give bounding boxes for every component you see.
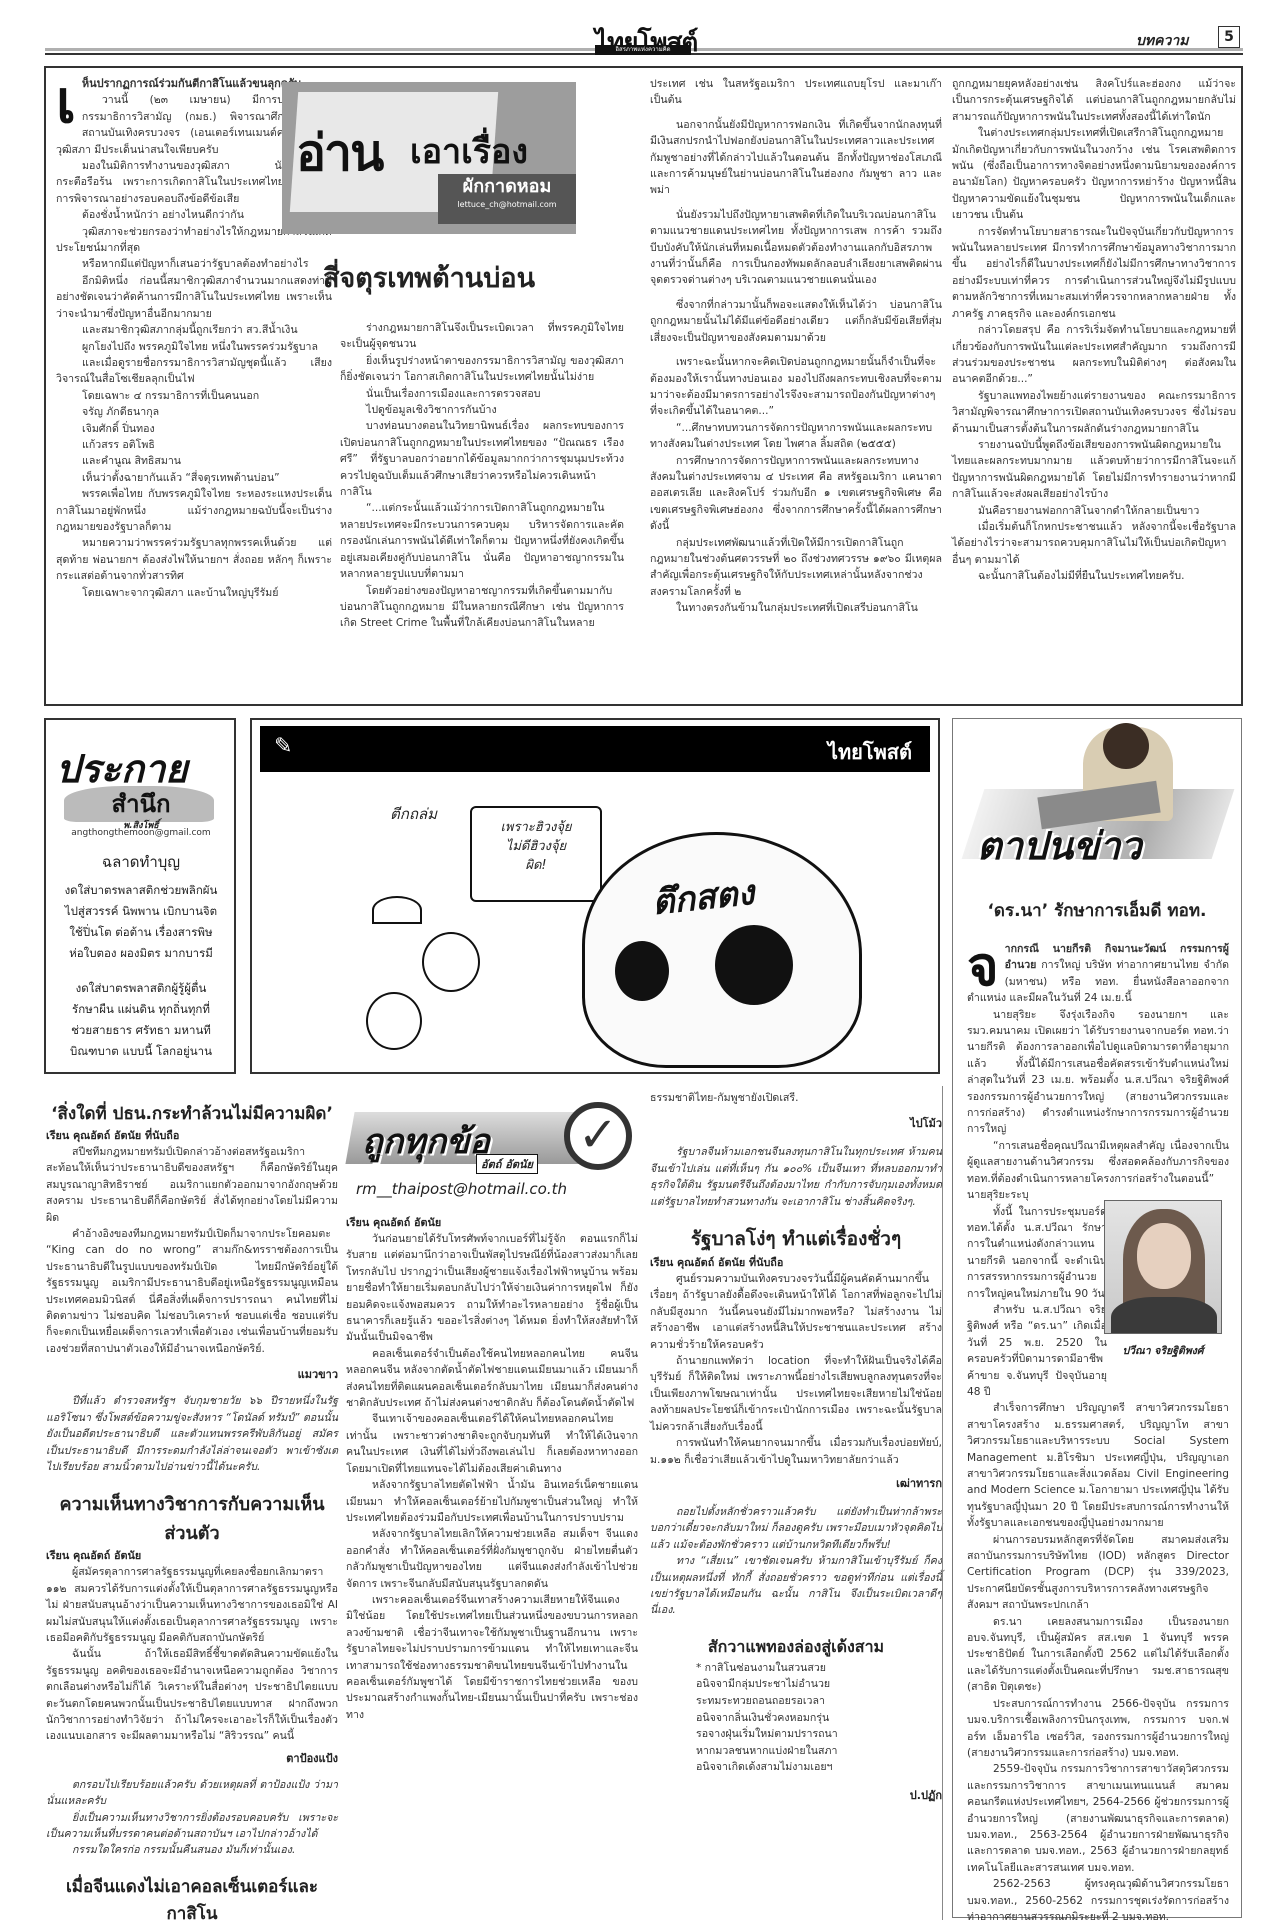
editor-reply: ถอยไปตั้งหลักชั่วคราวแล้วครับ แต่ยังทำเป… [650, 1504, 942, 1553]
skull-eye [715, 925, 793, 1005]
paragraph: ประเทศ เช่น ในสหรัฐอเมริกา ประเทศแถบยุโร… [650, 76, 942, 109]
skull-eye [615, 941, 669, 1001]
letter-signature: ตาป้องแป้ง [46, 1749, 338, 1767]
paragraph: โดยเฉพาะ ๔ กรรมาธิการที่เป็นคนนอก [56, 388, 332, 404]
paragraph: ในทางตรงกันข้ามในกลุ่มประเทศที่เปิดเสรีบ… [650, 600, 942, 616]
letter-paragraph: ถ้านายกแพทัดว่า location ที่จะทำให้ฝันเป… [650, 1353, 942, 1435]
letter-paragraph: คอลเซ็นเตอร์จำเป็นต้องใช้คนไทยหลอกคนไทย … [346, 1346, 638, 1412]
letter-salutation: เรียน คุณอัตถ์ อัตนัย ที่นับถือ [650, 1254, 942, 1271]
poem-line: ระทมระทวยถอนถอยรอเวลา [696, 1693, 942, 1710]
paragraph: เพราะฉะนั้นหากจะคิดเปิดบ่อนถูกกฎหมายนั้น… [650, 354, 942, 420]
letter-salutation: เรียน คุณอัตถ์ อัตนัย ที่นับถือ [46, 1127, 338, 1144]
letter-signature: แมวขาว [46, 1365, 338, 1383]
reader-head [1103, 723, 1149, 769]
editor-reply: ทาง “เสี่ยเน” เขาชัดเจนครับ ห้ามกาสิโนเข… [650, 1553, 942, 1619]
paragraph: รัฐบาลแพทองไพยย้างแต่รายงานของ คณะกรรมาธ… [952, 388, 1236, 437]
paragraph: สำเร็จการศึกษา ปริญญาตรี สาขาวิศวกรรมโยธ… [967, 1400, 1229, 1531]
editor-reply: ยิ่งเป็นความเห็นทางวิชาการยิ่งต้องรอบคอบ… [46, 1810, 338, 1843]
letter-title: รัฐบาลโง่ๆ ทำแต่เรื่องชั่วๆ [650, 1224, 942, 1254]
paragraph: ยิ่งเห็นรูปร่างหน้าตาของกรรมาธิการวิสามั… [340, 353, 624, 386]
poem-line: งดใส่บาตรพลาสติกช่วยพลิกผัน [46, 880, 236, 901]
letters-column-logo: ถูกทุกข้อ ✓ อัตถ์ อัตนัย [346, 1098, 636, 1176]
paragraph: นั่นเป็นเรื่องการเมืองและการตรวจสอบ [340, 386, 624, 402]
paragraph: นั่นยังรวมไปถึงปัญหายาเสพติดที่เกิดในบริ… [650, 207, 942, 289]
bubble-line: เพราะฮิวงจุ้ย [472, 818, 600, 837]
checkmark-icon: ✓ [564, 1102, 632, 1170]
logo-title: ถูกทุกข้อ [362, 1114, 490, 1168]
poem-line: หากมวลชนหากแบ่งฝ่ายในสภา [696, 1743, 942, 1760]
logo-name: อัตถ์ อัตนัย [476, 1154, 538, 1174]
paragraph: บางท่อนบางตอนในวิทยานิพนธ์เรื่อง ผลกระทบ… [340, 418, 624, 500]
letter-paragraph: ศูนย์รวมความบันเทิงครบวงจรวันนี้มีผู้คนค… [650, 1271, 942, 1353]
news-body: จ ากกรณี นายกีรติ กิจมานะวัฒน์ กรรมการผู… [967, 941, 1229, 1920]
paragraph: เห็นว่าตั้งฉายากันแล้ว “สี่จตุรเทพต้านบ่… [56, 470, 332, 486]
editor-reply: ปีที่แล้ว ตำรวจสหรัฐฯ จับกุมชายวัย ๖๖ ปี… [46, 1393, 338, 1475]
paragraph: ไปดูข้อมูลเชิงวิชาการกันบ้าง [340, 402, 624, 418]
photo-caption: ปวีณา จริยฐิติพงศ์ [1104, 1342, 1222, 1359]
paragraph: 2559-ปัจจุบัน กรรมการวิชาการสาขาวัสดุวิศ… [967, 1761, 1229, 1876]
paragraph: การศึกษาการจัดการปัญหาการพนันและผลกระทบท… [650, 453, 942, 535]
poem-signature: ป.ปฏัก [650, 1786, 942, 1804]
paragraph: นอกจากนั้นยังมีปัญหาการฟอกเงิน ที่เกิดขึ… [650, 117, 942, 199]
poem-line: บิณฑบาต แบบนี้ โลกอยู่นาน [46, 1041, 236, 1062]
paragraph: ในต่างประเทศกลุ่มประเทศที่เปิดเสรีกาสิโน… [952, 125, 1236, 223]
letter-title: เมื่อจีนแดงไม่เอาคอลเซ็นเตอร์และกาสิโน [46, 1873, 338, 1920]
letter-paragraph: หลังจากรัฐบาลไทยเลิกให้ความช่วยเหลือ สมเ… [346, 1526, 638, 1592]
poem-line: อนิจจาเกิดเด้งสามไม่งามเอยฯ [696, 1759, 942, 1776]
skull-label: ตึกสตง [649, 865, 756, 929]
paragraph: นายสุริยะ จึงรุ่งเรืองกิจ รองนายกฯ และรม… [967, 1007, 1229, 1138]
letter-salutation: เรียน คุณอัตถ์ อัตนัย [346, 1214, 638, 1231]
news-column-logo: ตาปนข่าว [977, 815, 1142, 876]
paragraph: โดยเฉพาะจากวุฒิสภา และบ้านใหญ่บุรีรัมย์ [56, 585, 332, 601]
letter-paragraph: ธรรมชาติไทย-กัมพูชายังเปิดเสรี. [650, 1090, 942, 1106]
name-item: และคำนูณ สิทธิสมาน [56, 453, 332, 469]
paragraph: การจัดทำนโยบายสาธารณะในปัจจุบันเกี่ยวกับ… [952, 224, 1236, 322]
paragraph: พรรคเพื่อไทย กับพรรคภูมิใจไทย ระหองระแหง… [56, 486, 332, 535]
portrait-face [1137, 1223, 1191, 1289]
paragraph: ประสบการณ์การทำงาน 2566-ปัจจุบัน กรรมการ… [967, 1696, 1229, 1762]
newspaper-tagline: อิสรภาพแห่งความคิด [595, 45, 691, 55]
poem-title: ฉลาดทำบุญ [46, 850, 236, 874]
poem-verse: * กาสิโนซ่อนงามในสวนสวย อนิจจามีกลุ่มประ… [650, 1660, 942, 1776]
letter-signature: เฒ่าทารก [650, 1474, 942, 1492]
paragraph: ถูกกฎหมายยุคหลังอย่างเช่น สิงคโปร์และฮ่อ… [952, 76, 1236, 125]
cartoon-tag: ตีกถล่ม [390, 802, 437, 826]
page-number: 5 [1218, 26, 1240, 48]
paragraph: กล่าวโดยสรุป คือ การริเริ่มจัดทำนโยบายแล… [952, 322, 1236, 388]
speech-bubble: เพราะฮิวงจุ้ย ไม่ดีฮิวงจุ้ย ผิด! [470, 806, 602, 902]
newspaper-logo[interactable]: ไทยโพสต์ [595, 22, 697, 63]
paragraph: และเมื่อดูรายชื่อกรรมาธิการวิสามัญชุดนี้… [56, 355, 332, 388]
name-item: แก้วสรร อติโพธิ [56, 437, 332, 453]
editor-reply: รัฐบาลจีนห้ามเอกชนจีนลงทุนกาสิโนในทุกประ… [650, 1144, 942, 1210]
paragraph: รายงานฉบับนี้พูดถึงข้อเสียของการพนันผิดก… [952, 437, 1236, 503]
bubble-line: ไม่ดีฮิวงจุ้ย [472, 837, 600, 856]
bird-mascot-icon: ✎ [274, 734, 292, 759]
paragraph: “การเสนอชื่อคุณปวีณามีเหตุผลสำคัญ เนื่อง… [967, 1138, 1229, 1204]
poem-line: * กาสิโนซ่อนงามในสวนสวย [696, 1660, 942, 1677]
column-4: ถูกกฎหมายยุคหลังอย่างเช่น สิงคโปร์และฮ่อ… [952, 76, 1236, 585]
poem-email[interactable]: angthongthemoon@gmail.com [46, 828, 236, 838]
editor-email[interactable]: rm__thaipost@hotmail.co.th [356, 1180, 567, 1198]
poem-line: ไปสู่สวรรค์ นิพพาน เบิกบานจิต [46, 901, 236, 922]
paragraph: และสมาชิกวุฒิสภากลุ่มนี้ถูกเรียกว่า สว.ส… [56, 322, 332, 338]
paragraph: ทั้งนี้ ในการประชุมบอร์ด ทอท.ได้ตั้ง น.ส… [967, 1204, 1107, 1302]
letter-salutation: เรียน คุณอัตถ์ อัตนัย [46, 1547, 338, 1564]
cartoon-header-bar: ✎ ไทยโพสต์ [260, 726, 930, 772]
poem-line: รักษาผืน แผ่นดิน ทุกถิ่นทุกที่ [46, 999, 236, 1020]
letter-title: ‘สิ่งใดที่ ปธน.กระทำล้วนไม่มีความผิด’ [46, 1100, 338, 1127]
news-headline: ‘ดร.นา’ รักษาการเอ็มดี ทอท. [953, 897, 1241, 924]
paragraph: ดร.นา เคยลงสนามการเมือง เป็นรองนายก อบจ.… [967, 1614, 1229, 1696]
poem-line: ใช้ปิ่นโต ต่อต้าน เรื่องสารพิษ [46, 922, 236, 943]
paragraph: กลุ่มประเทศพัฒนาแล้วที่เปิดให้มีการเปิดก… [650, 535, 942, 601]
poem-box: ประกาย สำนึก พ.สิงโพธิ์ angthongthemoon@… [44, 718, 236, 1074]
umbrella-drawing [372, 896, 422, 924]
column-banner: อ่าน เอาเรื่อง ผักกาดหอม lettuce_ch@hotm… [282, 82, 576, 234]
letters-column-right: ธรรมชาติไทย-กัมพูชายังเปิดเสรี. ไปโม้ว ร… [650, 1090, 942, 1804]
poem-line: อนิจจากลิ่นเงินชั่วคงหอมกรุ่น [696, 1710, 942, 1727]
column-2: ร่างกฎหมายกาสิโนจึงเป็นระเบิดเวลา ที่พรร… [340, 320, 624, 632]
letter-paragraph: ผู้สมัครตุลาการศาลรัฐธรรมนูญที่เคยลงชื่อ… [46, 1564, 338, 1646]
column-divider [942, 1086, 943, 1920]
poem-line: งดใส่บาตรพลาสติกผู้รู้ผู้ตื่น [46, 978, 236, 999]
paragraph: ผูกโยงไปถึง พรรคภูมิใจไทย หนึ่งในพรรคร่ว… [56, 339, 332, 355]
paragraph: ร่างกฎหมายกาสิโนจึงเป็นระเบิดเวลา ที่พรร… [340, 320, 624, 353]
letter-paragraph: การพนันทำให้คนยากจนมากขึ้น เมื่อรวมกับเร… [650, 1435, 942, 1468]
paragraph: เมื่อเริ่มต้นก็โกหกประชาชนแล้ว หลังจากนี… [952, 519, 1236, 568]
character-figure [422, 932, 480, 992]
poem-line: ห่อใบตอง ผองมิตร มากบารมี [46, 943, 236, 964]
letter-paragraph: ฉันนั้น ถ้าให้เธอมีสิทธิ์ชี้ขาดตัดสินควา… [46, 1646, 338, 1744]
paragraph: ผ่านการอบรมหลักสูตรที่จัดโดย สมาคมส่งเสร… [967, 1532, 1229, 1614]
poem-stanza-1: งดใส่บาตรพลาสติกช่วยพลิกผัน ไปสู่สวรรค์ … [46, 880, 236, 964]
banner-title-small: เอาเรื่อง [410, 124, 528, 178]
name-item: เจิมศักดิ์ ปิ่นทอง [56, 421, 332, 437]
poem-line: รอจางฝุ่นเริ่มใหม่ตามปรารถนา [696, 1726, 942, 1743]
name-item: จรัญ ภักดีธนากุล [56, 404, 332, 420]
paragraph: 2562-2563 ผู้ทรงคุณวุฒิด้านวิศวกรรมโยธา … [967, 1876, 1229, 1920]
letter-paragraph: วันก่อนยายได้รับโทรศัพท์จากเบอร์ที่ไม่รู… [346, 1231, 638, 1346]
author-email[interactable]: lettuce_ch@hotmail.com [438, 200, 576, 209]
editorial-cartoon: ✎ ไทยโพสต์ ตีกถล่ม เพราะฮิวงจุ้ย ไม่ดีฮิ… [250, 718, 940, 1074]
editor-reply: ตกรอบไปเรียบร้อยแล้วครับ ด้วยเหตุผลที่ ต… [46, 1777, 338, 1810]
paragraph: “...ศึกษาทบทวนการจัดการปัญหาการพนันและผล… [650, 420, 942, 453]
letter-paragraph: หลังจากรัฐบาลไทยตัดไฟฟ้า น้ำมัน อินเทอร์… [346, 1477, 638, 1526]
poem-stanza-2: งดใส่บาตรพลาสติกผู้รู้ผู้ตื่น รักษาผืน แ… [46, 978, 236, 1062]
column-3: ประเทศ เช่น ในสหรัฐอเมริกา ประเทศแถบยุโร… [650, 76, 942, 617]
column-title: สี่จตุรเทพต้านบ่อน [282, 256, 576, 299]
editorial-column-box: เ ห็นปรากฏการณ์ร่วมกันตีกาสิโนแล้วขนลุกค… [44, 66, 1243, 706]
portrait-photo [1104, 1200, 1222, 1334]
author-bar: ผักกาดหอม lettuce_ch@hotmail.com [438, 174, 576, 224]
section-label: บทความ [1136, 30, 1188, 52]
bubble-line: ผิด! [472, 856, 600, 875]
paragraph: “...แต่กระนั้นแล้วแม้ว่าการเปิดกาสิโนถูก… [340, 500, 624, 582]
paragraph: หมายความว่าพรรคร่วมรัฐบาลทุกพรรคเห็นด้วย… [56, 535, 332, 584]
letter-paragraph: เพราะคอลเซ็นเตอร์จีนเทาสร้างความเสียหายใ… [346, 1592, 638, 1723]
cartoon-brand: ไทยโพสต์ [828, 736, 912, 768]
paragraph: สำหรับ น.ส.ปวีณา จริยฐิติพงศ์ หรือ “ดร.น… [967, 1302, 1107, 1400]
character-figure [366, 992, 422, 1050]
poem-title: สักวาแพทองล่องสู่เด้งสาม [650, 1635, 942, 1660]
paragraph: ซึ่งจากที่กล่าวมานั้นก็พอจะแสดงให้เห็นได… [650, 297, 942, 346]
letters-column-middle: เรียน คุณอัตถ์ อัตนัย วันก่อนยายได้รับโท… [346, 1214, 638, 1723]
letter-title: ความเห็นทางวิชาการกับความเห็นส่วนตัว [46, 1489, 338, 1547]
letter-paragraph: สปีชทีมกฎหมายทรัมป์เปิดกล่าวอ้างต่อสหรัฐ… [46, 1144, 338, 1226]
poem-line: ช่วยสายธาร ศรัทธา มหานที [46, 1020, 236, 1041]
editor-reply: กรรมใดใครก่อ กรรมนั้นคืนสนอง มันก็เท่านั… [46, 1842, 338, 1858]
drop-cap: จ [967, 943, 999, 989]
paragraph: ฉะนั้นกาสิโนต้องไม่มีที่ยืนในประเทศไทยคร… [952, 568, 1236, 584]
letter-paragraph: คำอ้างอิงของทีมกฎหมายทรัมป์เปิดก็มาจากปร… [46, 1226, 338, 1357]
portrait-body [1111, 1297, 1217, 1334]
letters-column-left: ‘สิ่งใดที่ ปธน.กระทำล้วนไม่มีความผิด’ เร… [46, 1100, 338, 1920]
paragraph: มันคือรายงานฟอกกาสิโนจากดำให้กลายเป็นขาว [952, 503, 1236, 519]
paragraph: โดยตัวอย่างของปัญหาอาชญากรรมที่เกิดขึ้นต… [340, 583, 624, 632]
poem-line: อนิจจามีกลุ่มประชาไม่อำนวย [696, 1676, 942, 1693]
banner-title-big: อ่าน [296, 114, 382, 193]
drop-cap: เ [56, 78, 76, 126]
masthead: ไทยโพสต์ อิสรภาพแห่งความคิด บทความ 5 [0, 0, 1286, 58]
author-name: ผักกาดหอม [438, 174, 576, 200]
letter-paragraph: จีนเทาเจ้าของคอลเซ็นเตอร์ได้ให้คนไทยหลอก… [346, 1411, 638, 1477]
letter-signature: ไปโม้ว [650, 1114, 942, 1132]
